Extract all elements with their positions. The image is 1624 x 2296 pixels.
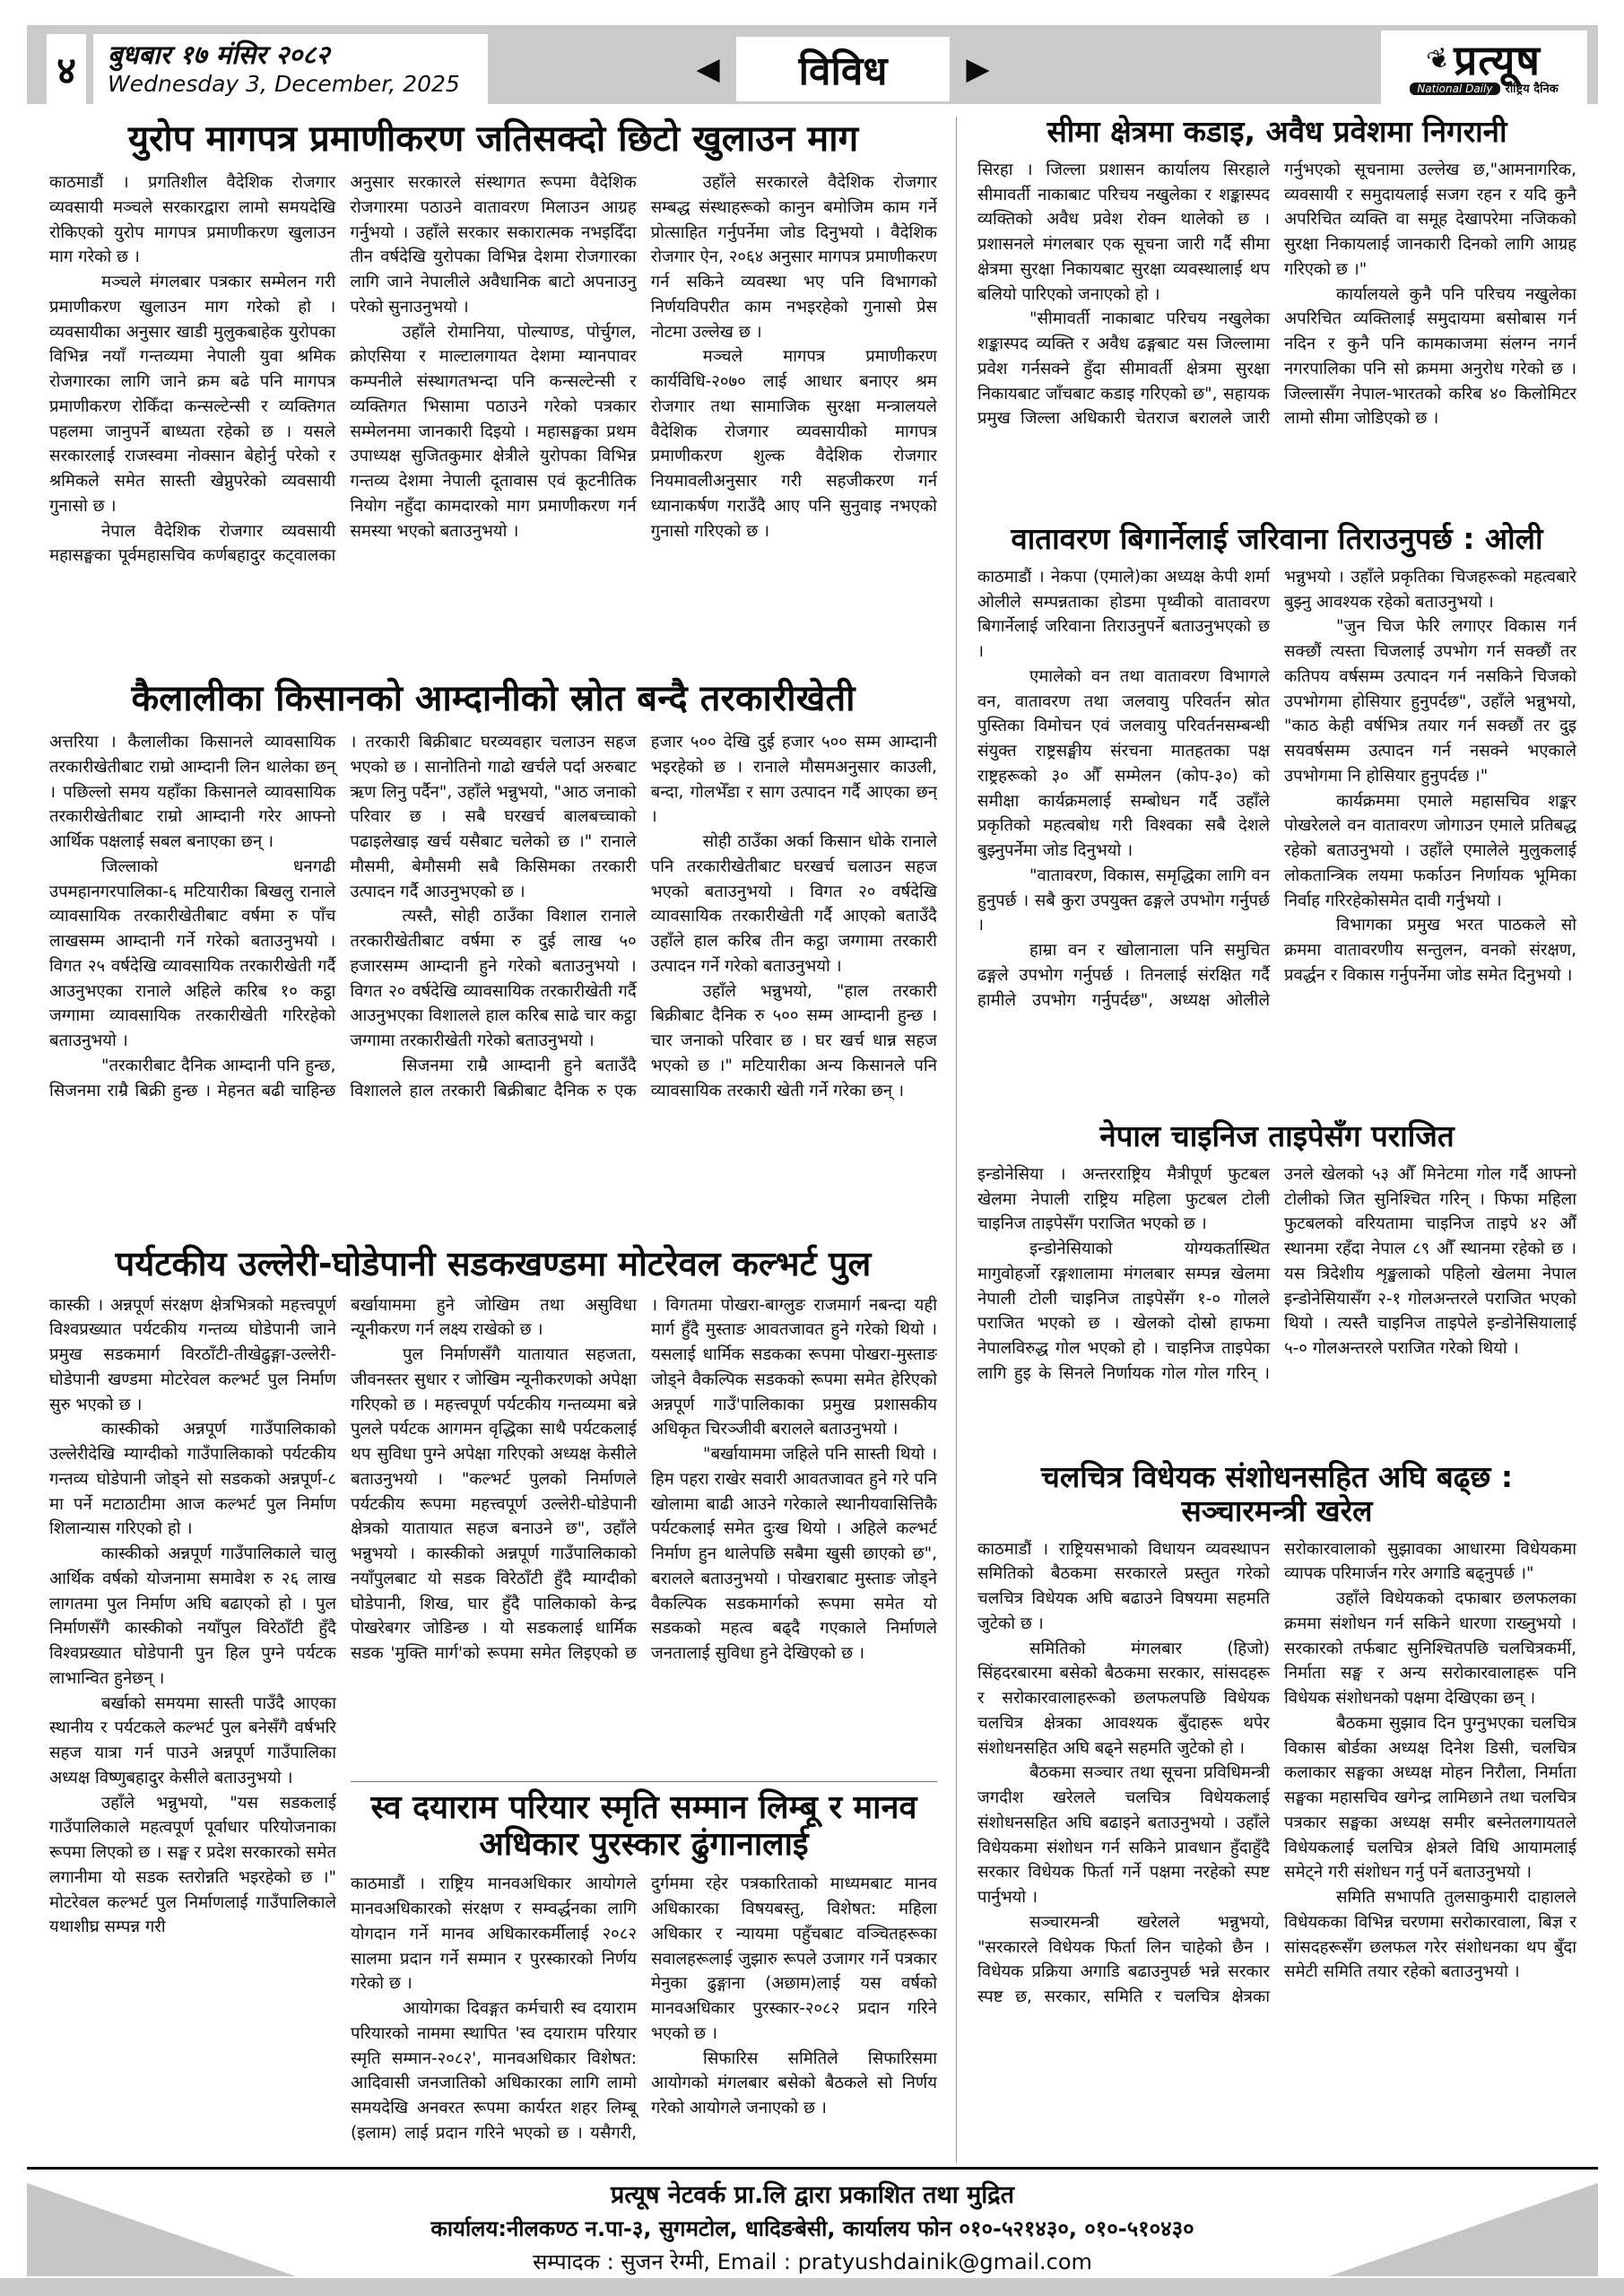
headline-line-2: सञ्चारमन्त्री खरेल <box>977 1494 1576 1528</box>
article-headline: पर्यटकीय उल्लेरी-घोडेपानी सडकखण्डमा मोटर… <box>49 1238 937 1293</box>
date-nepali: बुधबार १७ मंसिर २०८२ <box>108 39 473 71</box>
right-column-block: सीमा क्षेत्रमा कडाइ, अवैध प्रवेशमा निगरा… <box>977 109 1576 2126</box>
article-body: काठमाडौं । राष्ट्रिय मानवअधिकार आयोगले म… <box>351 1872 937 2168</box>
left-column-block: युरोप मागपत्र प्रमाणीकरण जतिसक्दो छिटो ख… <box>49 109 937 2168</box>
date-box: बुधबार १७ मंसिर २०८२ Wednesday 3, Decemb… <box>93 34 488 104</box>
masthead: ४ बुधबार १७ मंसिर २०८२ Wednesday 3, Dece… <box>27 25 1598 104</box>
article-kaski: पर्यटकीय उल्लेरी-घोडेपानी सडकखण्डमा मोटर… <box>49 1238 937 2168</box>
logo-tagline-en: National Daily <box>1410 83 1499 95</box>
article-body: काठमाडौं । नेकपा (एमाले)का अध्यक्ष केपी … <box>977 565 1576 1114</box>
article-environment: वातावरण बिगार्नेलाई जरिवाना तिराउनुपर्छ … <box>977 517 1576 1114</box>
article-body-upper: बर्खायाममा हुने जोखिम तथा असुविधा न्यूनी… <box>351 1293 937 1778</box>
right-arrow-icon: ▶ <box>966 54 989 84</box>
article-body: इन्डोनेसिया । अन्तरराष्ट्रिय मैत्रीपूर्ण… <box>977 1162 1576 1455</box>
headline-line-1: चलचित्र विधेयक संशोधनसहित अघि बढ्छ : <box>977 1460 1576 1494</box>
section-title: विविध <box>736 37 951 101</box>
page-number: ४ <box>47 34 86 104</box>
article-headline: स्व दयाराम परियार स्मृति सम्मान लिम्बू र… <box>351 1781 937 1873</box>
newspaper-page: ४ बुधबार १७ मंसिर २०८२ Wednesday 3, Dece… <box>0 0 1624 2296</box>
article-border: सीमा क्षेत्रमा कडाइ, अवैध प्रवेशमा निगरा… <box>977 109 1576 517</box>
logo-tagline-np: राष्ट्रिय दैनिक <box>1506 83 1559 95</box>
article-kailali: कैलालीका किसानको आम्दानीको स्रोत बन्दै त… <box>49 669 937 1238</box>
publisher-line: प्रत्यूष नेटवर्क प्रा.लि द्वारा प्रकाशित… <box>27 2177 1598 2210</box>
leaf-icon: ❦ <box>1424 44 1455 77</box>
column-divider <box>956 117 957 2163</box>
article-europe: युरोप मागपत्र प्रमाणीकरण जतिसक्दो छिटो ख… <box>49 109 937 669</box>
bottom-edge-strip <box>0 2278 1624 2296</box>
newspaper-logo: ❦ प्रत्यूष National Daily राष्ट्रिय दैनि… <box>1381 30 1587 104</box>
article-film: चलचित्र विधेयक संशोधनसहित अघि बढ्छ : सञ्… <box>977 1455 1576 2126</box>
article-body: अत्तरिया । कैलालीका किसानले व्यावसायिक त… <box>49 730 937 1238</box>
article-headline: युरोप मागपत्र प्रमाणीकरण जतिसक्दो छिटो ख… <box>49 109 937 170</box>
section-title-wrap: ◀ विविध ▶ <box>646 34 1040 104</box>
article-body-column-1: कास्की । अन्नपूर्ण संरक्षण क्षेत्रभित्रक… <box>49 1293 336 2156</box>
article-body: काठमाडौं । राष्ट्रियसभाको विधायन व्यवस्थ… <box>977 1537 1576 2126</box>
article-headline: चलचित्र विधेयक संशोधनसहित अघि बढ्छ : सञ्… <box>977 1455 1576 1537</box>
article-headline: सीमा क्षेत्रमा कडाइ, अवैध प्रवेशमा निगरा… <box>977 109 1576 158</box>
article-headline: वातावरण बिगार्नेलाई जरिवाना तिराउनुपर्छ … <box>977 517 1576 565</box>
imprint-footer: प्रत्यूष नेटवर्क प्रा.लि द्वारा प्रकाशित… <box>27 2167 1598 2276</box>
article-body: काठमाडौं । प्रगतिशील वैदेशिक रोजगार व्यव… <box>49 170 937 669</box>
article-headline: कैलालीका किसानको आम्दानीको स्रोत बन्दै त… <box>49 669 937 730</box>
date-english: Wednesday 3, December, 2025 <box>108 71 473 98</box>
left-arrow-icon: ◀ <box>696 54 719 84</box>
office-line: कार्यालय:नीलकण्ठ न.पा-३, सुगमटोल, धादिङब… <box>27 2213 1598 2243</box>
logo-name: प्रत्यूष <box>1454 39 1541 81</box>
article-headline: नेपाल चाइनिज ताइपेसँग पराजित <box>977 1114 1576 1162</box>
article-dayaram: स्व दयाराम परियार स्मृति सम्मान लिम्बू र… <box>351 1781 937 2169</box>
article-body: सिरहा । जिल्ला प्रशासन कार्यालय सिरहाले … <box>977 158 1576 517</box>
article-football: नेपाल चाइनिज ताइपेसँग पराजित इन्डोनेसिया… <box>977 1114 1576 1455</box>
